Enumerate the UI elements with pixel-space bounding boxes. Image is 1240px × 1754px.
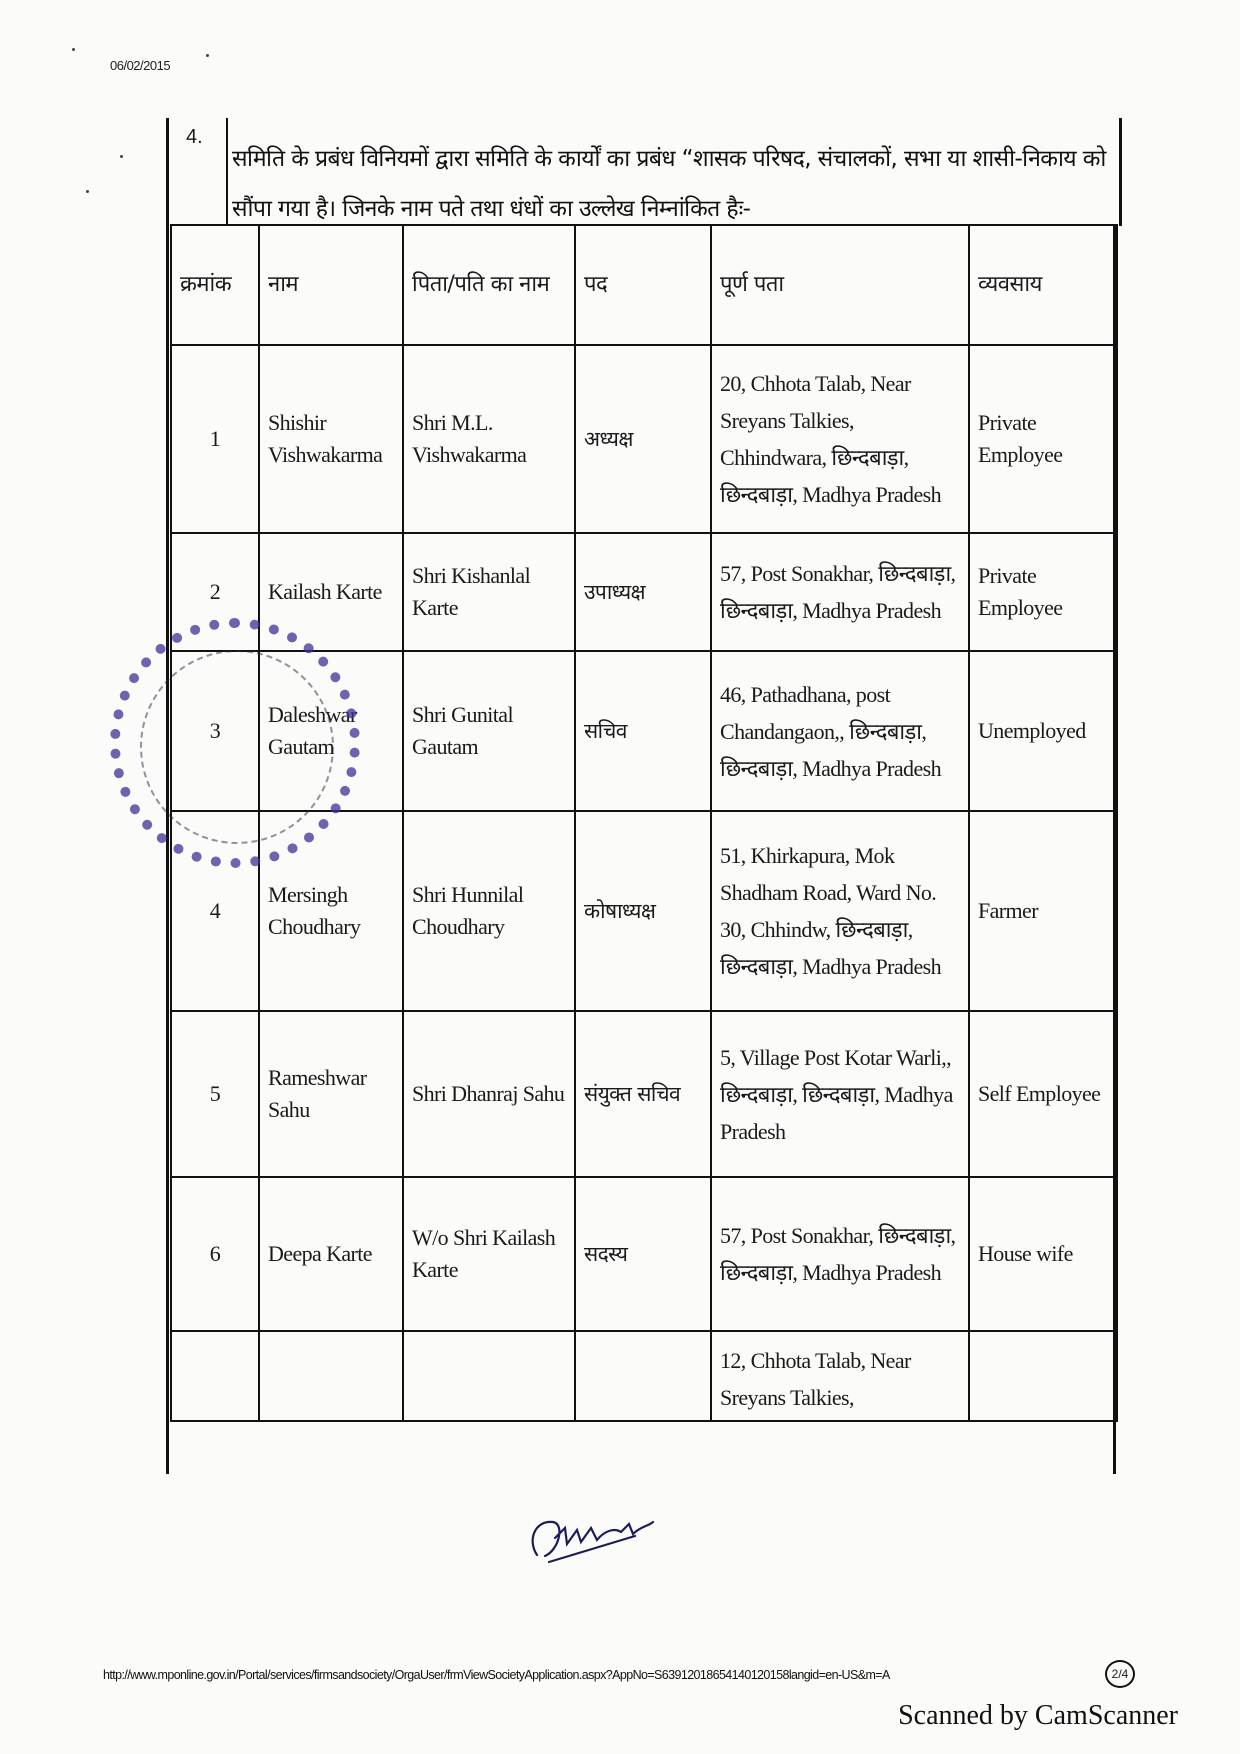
cell-father-name: W/o Shri Kailash Karte <box>403 1177 575 1331</box>
table-row: 5 Rameshwar Sahu Shri Dhanraj Sahu संयुक… <box>171 1011 1117 1177</box>
members-table-container: क्रमांक नाम पिता/पति का नाम पद पूर्ण पता… <box>166 224 1116 1474</box>
cell-serial: 6 <box>171 1177 259 1331</box>
scan-speck <box>206 54 209 57</box>
cell-address: 51, Khirkapura, Mok Shadham Road, Ward N… <box>711 811 969 1011</box>
header-full-address: पूर्ण पता <box>711 225 969 345</box>
scan-speck <box>72 48 75 51</box>
cell-post: कोषाध्यक्ष <box>575 811 711 1011</box>
cell-occupation: Private Employee <box>969 533 1117 651</box>
page-indicator: 2/4 <box>1105 1660 1135 1688</box>
cell-post: संयुक्त सचिव <box>575 1011 711 1177</box>
table-header-row: क्रमांक नाम पिता/पति का नाम पद पूर्ण पता… <box>171 225 1117 345</box>
table-row: 4 Mersingh Choudhary Shri Hunnilal Choud… <box>171 811 1117 1011</box>
cell-name <box>259 1331 403 1421</box>
cell-occupation: House wife <box>969 1177 1117 1331</box>
cell-father-name: Shri Kishanlal Karte <box>403 533 575 651</box>
cell-father-name <box>403 1331 575 1421</box>
cell-name: Rameshwar Sahu <box>259 1011 403 1177</box>
cell-address: 57, Post Sonakhar, छिन्दबाड़ा, छिन्दबाड़… <box>711 1177 969 1331</box>
header-post: पद <box>575 225 711 345</box>
cell-father-name: Shri Gunital Gautam <box>403 651 575 811</box>
cell-father-name: Shri M.L. Vishwakarma <box>403 345 575 533</box>
table-row: 6 Deepa Karte W/o Shri Kailash Karte सदस… <box>171 1177 1117 1331</box>
document-date: 06/02/2015 <box>110 58 170 73</box>
table-row: 1 Shishir Vishwakarma Shri M.L. Vishwaka… <box>171 345 1117 533</box>
cell-occupation: Farmer <box>969 811 1117 1011</box>
cell-address: 5, Village Post Kotar Warli,, छिन्दबाड़ा… <box>711 1011 969 1177</box>
table-row: 2 Kailash Karte Shri Kishanlal Karte उपा… <box>171 533 1117 651</box>
cell-address: 20, Chhota Talab, Near Sreyans Talkies, … <box>711 345 969 533</box>
header-father-husband-name: पिता/पति का नाम <box>403 225 575 345</box>
cell-occupation <box>969 1331 1117 1421</box>
scan-speck <box>120 155 123 158</box>
cell-occupation: Unemployed <box>969 651 1117 811</box>
cell-occupation: Private Employee <box>969 345 1117 533</box>
cell-post <box>575 1331 711 1421</box>
cell-father-name: Shri Dhanraj Sahu <box>403 1011 575 1177</box>
cell-address: 12, Chhota Talab, Near Sreyans Talkies, <box>711 1331 969 1421</box>
cell-address: 46, Pathadhana, post Chandangaon,, छिन्द… <box>711 651 969 811</box>
table-row: 12, Chhota Talab, Near Sreyans Talkies, <box>171 1331 1117 1421</box>
header-name: नाम <box>259 225 403 345</box>
scan-speck <box>86 190 89 193</box>
intro-divider <box>226 118 228 226</box>
cell-post: सदस्य <box>575 1177 711 1331</box>
header-occupation: व्यवसाय <box>969 225 1117 345</box>
cell-name: Deepa Karte <box>259 1177 403 1331</box>
footer-source-url: http://www.mponline.gov.in/Portal/servic… <box>103 1668 890 1682</box>
cell-occupation: Self Employee <box>969 1011 1117 1177</box>
cell-post: उपाध्यक्ष <box>575 533 711 651</box>
cell-post: सचिव <box>575 651 711 811</box>
cell-serial: 5 <box>171 1011 259 1177</box>
cell-serial: 1 <box>171 345 259 533</box>
section-number: 4. <box>186 126 203 149</box>
cell-address: 57, Post Sonakhar, छिन्दबाड़ा, छिन्दबाड़… <box>711 533 969 651</box>
camscanner-watermark: Scanned by CamScanner <box>898 1700 1178 1732</box>
cell-father-name: Shri Hunnilal Choudhary <box>403 811 575 1011</box>
seal-inner-ring <box>140 650 334 844</box>
header-serial: क्रमांक <box>171 225 259 345</box>
table-outer-border-right <box>1113 224 1116 1474</box>
section-intro-text: समिति के प्रबंध विनियमों द्वारा समिति के… <box>232 134 1112 234</box>
signature <box>525 1510 675 1570</box>
cell-serial <box>171 1331 259 1421</box>
cell-post: अध्यक्ष <box>575 345 711 533</box>
cell-name: Shishir Vishwakarma <box>259 345 403 533</box>
